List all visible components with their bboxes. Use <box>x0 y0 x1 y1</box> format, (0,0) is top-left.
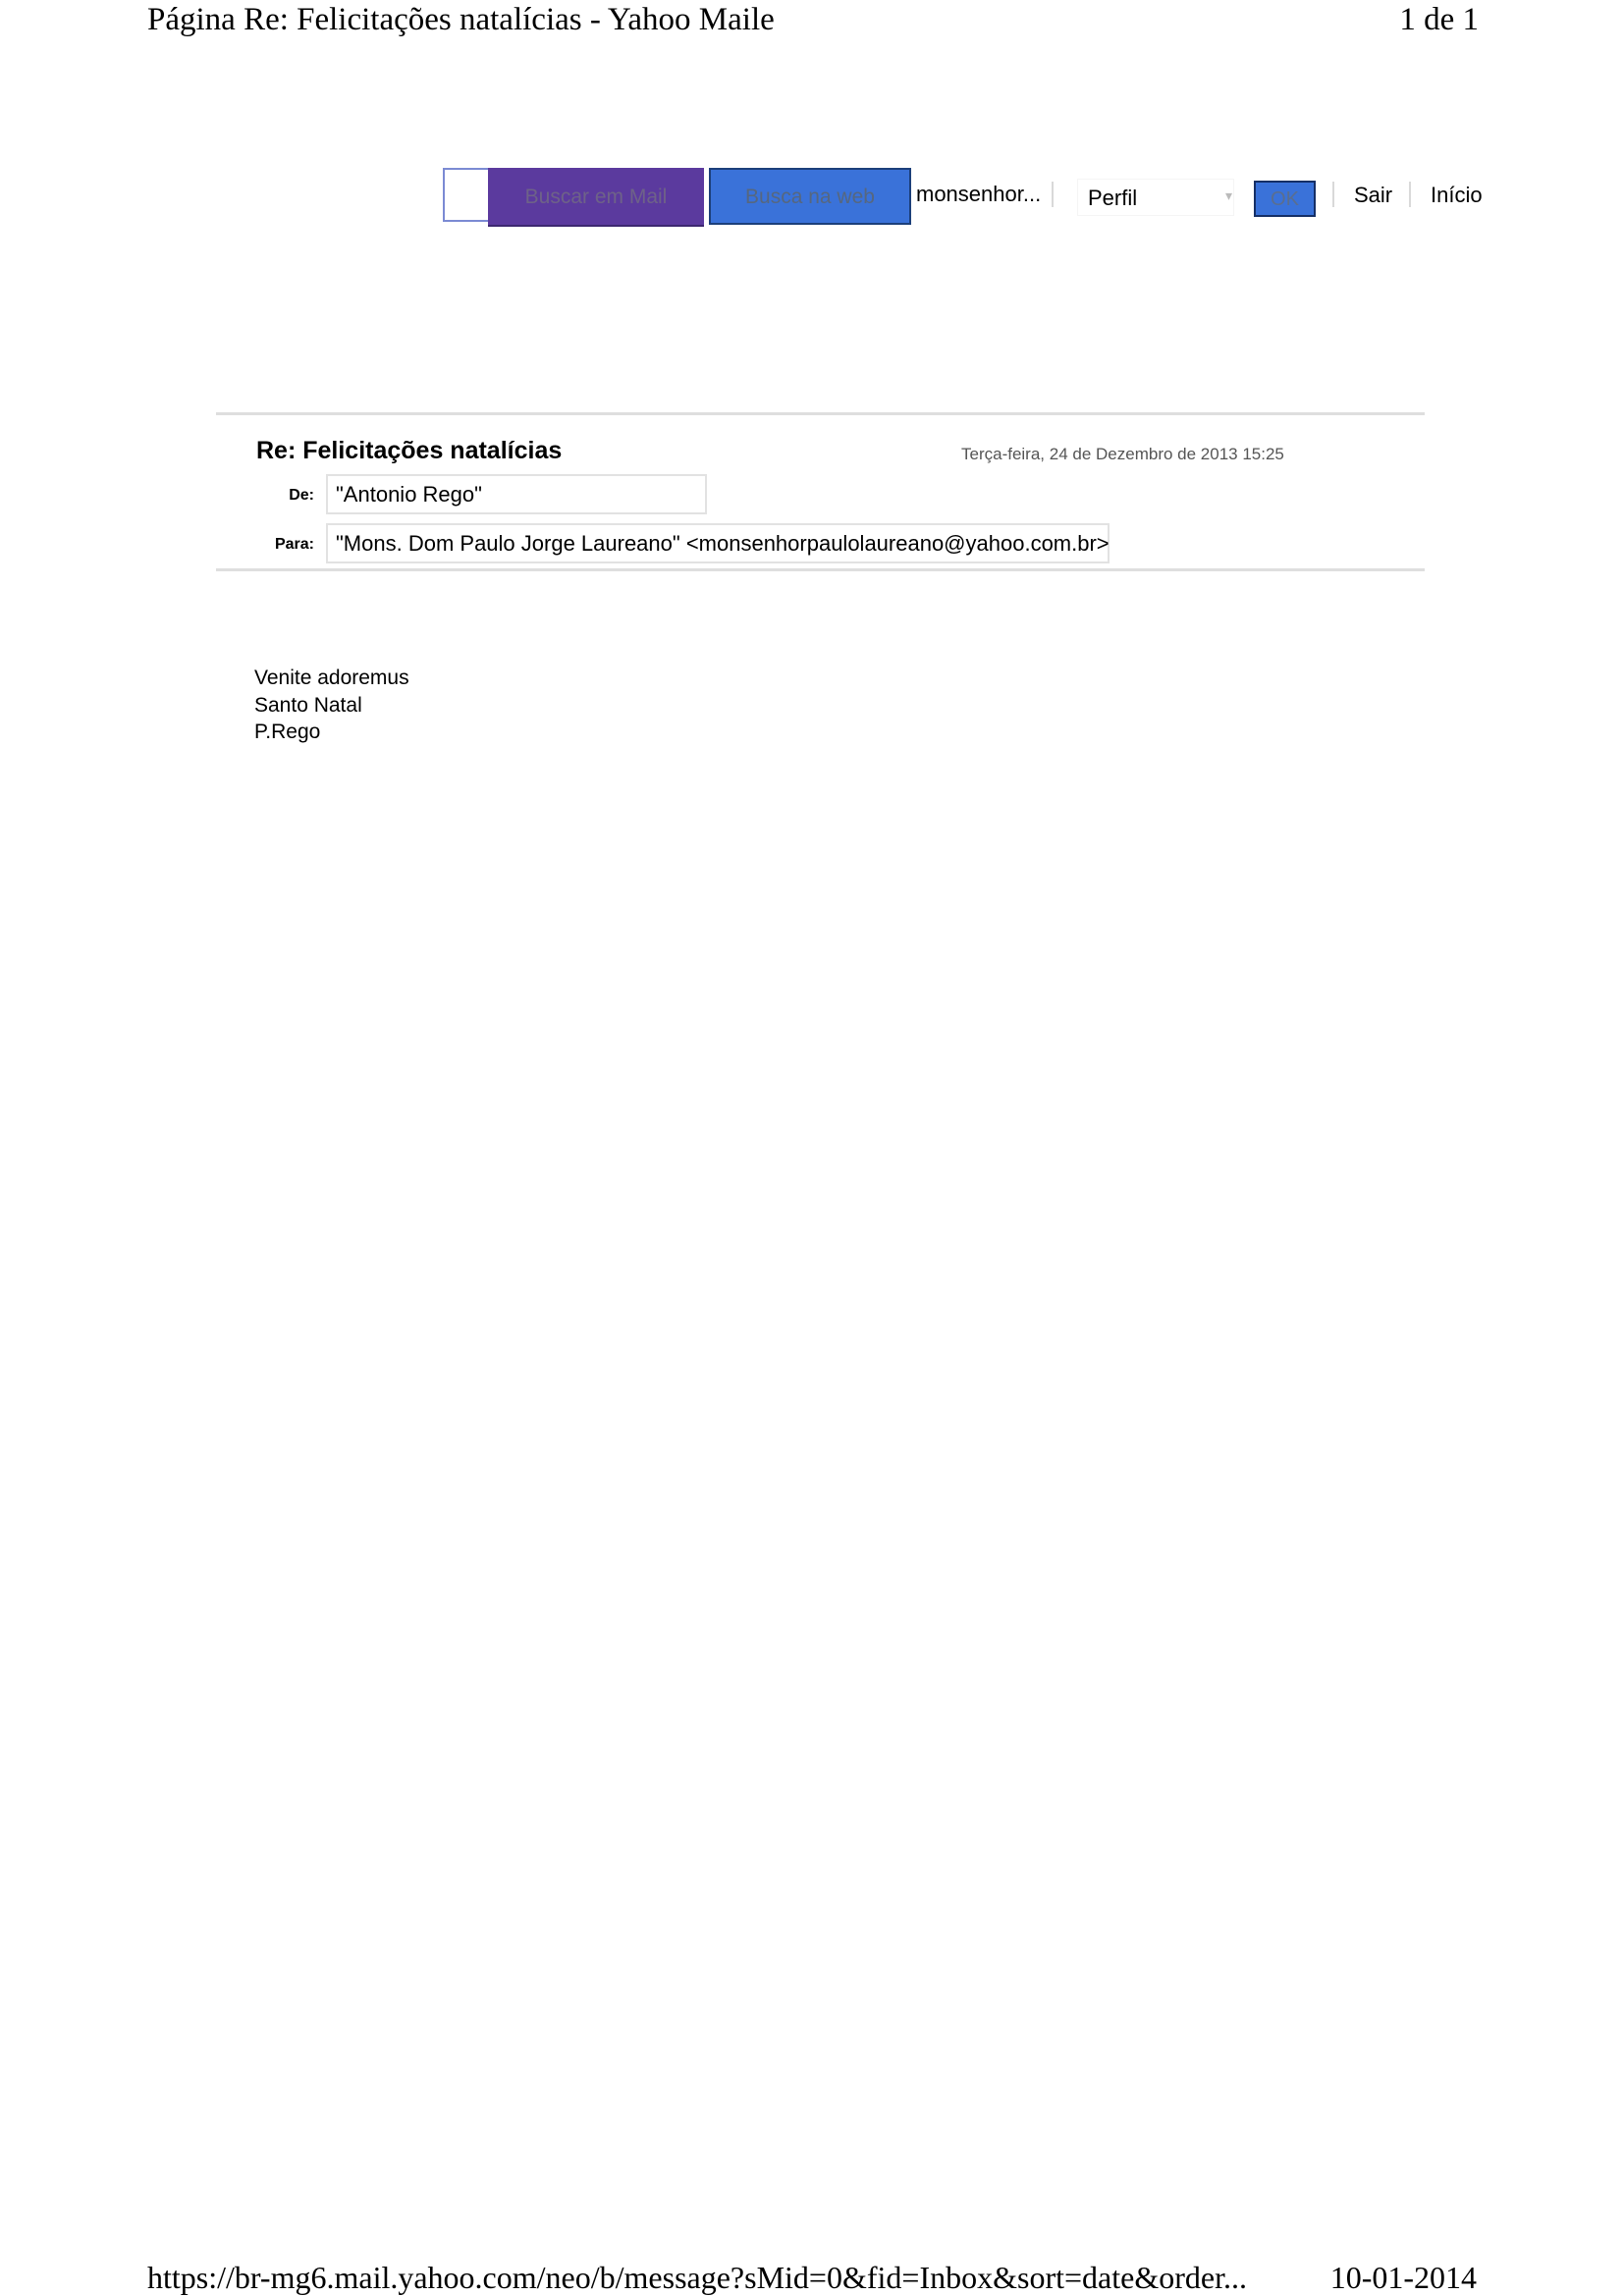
search-mail-button[interactable]: Buscar em Mail <box>488 168 704 225</box>
header-top-divider <box>216 412 1425 415</box>
home-link[interactable]: Início <box>1431 182 1483 209</box>
message-body: Venite adoremus Santo Natal P.Rego <box>254 665 409 746</box>
from-field[interactable]: "Antonio Rego" <box>326 474 707 514</box>
to-field[interactable]: "Mons. Dom Paulo Jorge Laureano" <monsen… <box>326 523 1110 563</box>
print-page-url: https://br-mg6.mail.yahoo.com/neo/b/mess… <box>147 2258 1247 2296</box>
print-page-title: Página Re: Felicitações natalícias - Yah… <box>147 0 775 39</box>
print-page-count: 1 de 1 <box>1399 0 1479 39</box>
signout-link[interactable]: Sair <box>1354 182 1392 209</box>
message-subject: Re: Felicitações natalícias <box>256 435 562 466</box>
user-name-link[interactable]: monsenhor... <box>916 180 1041 209</box>
ok-button[interactable]: OK <box>1254 181 1316 217</box>
profile-select[interactable]: Perfil ▾ <box>1077 179 1234 216</box>
divider <box>1409 182 1411 207</box>
body-line: Santo Natal <box>254 692 409 720</box>
search-web-button[interactable]: Busca na web <box>709 168 911 225</box>
body-line: P.Rego <box>254 719 409 746</box>
divider <box>1052 182 1054 207</box>
profile-select-value: Perfil <box>1088 185 1137 212</box>
to-label: Para: <box>245 533 314 557</box>
body-line: Venite adoremus <box>254 665 409 692</box>
divider <box>1332 182 1334 207</box>
header-bottom-divider <box>216 568 1425 571</box>
print-date: 10-01-2014 <box>1330 2258 1477 2296</box>
chevron-down-icon: ▾ <box>1225 187 1232 204</box>
search-input[interactable] <box>443 168 488 222</box>
from-label: De: <box>245 484 314 507</box>
message-date: Terça-feira, 24 de Dezembro de 2013 15:2… <box>961 443 1284 466</box>
